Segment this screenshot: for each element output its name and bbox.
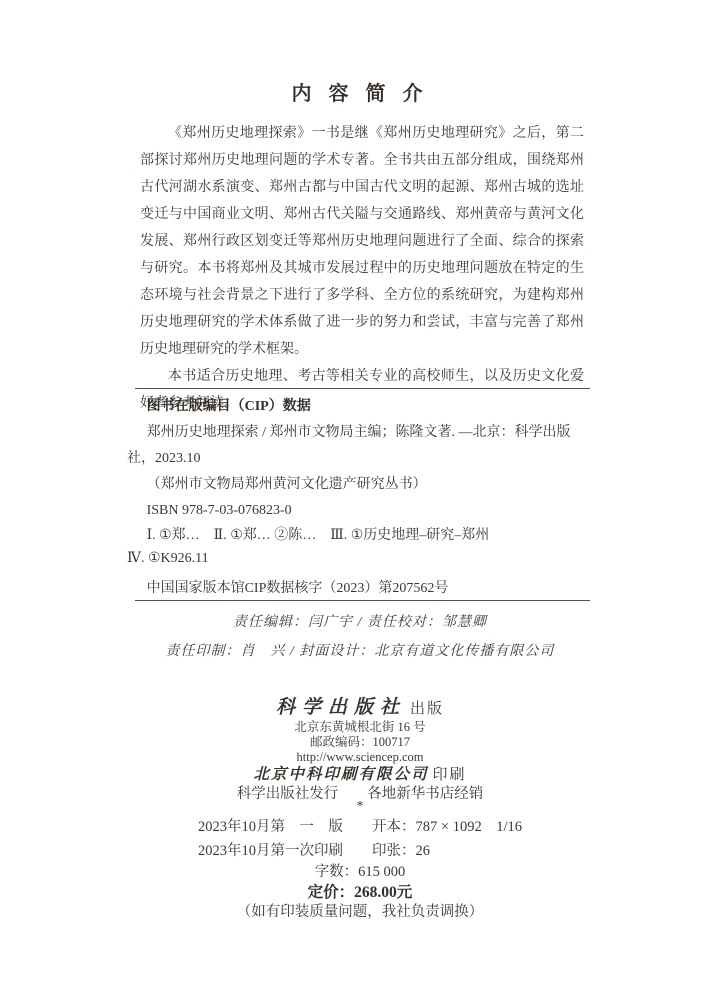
cip-section: 图书在版编目（CIP）数据 郑州历史地理探索 / 郑州市文物局主编；陈隆文著. … bbox=[127, 394, 593, 602]
edition-format-line: 2023年10月第 一 版 开本：787 × 1092 1/16 bbox=[198, 815, 522, 839]
quality-notice: （如有印装质量问题，我社负责调换） bbox=[0, 903, 720, 921]
content-summary-title: 内 容 简 介 bbox=[0, 82, 720, 106]
word-count-line: 字数：615 000 bbox=[0, 863, 720, 882]
cip-series-note: （郑州市文物局郑州黄河文化遗产研究丛书） bbox=[127, 472, 593, 498]
cip-divider-top bbox=[135, 388, 590, 389]
cip-isbn: ISBN 978-7-03-076823-0 bbox=[127, 498, 593, 524]
publisher-line: 科学出版社出版 bbox=[0, 697, 720, 720]
publisher-postcode: 邮政编码：100717 bbox=[0, 735, 720, 750]
colophon-section: 科学出版社出版 北京东黄城根北街 16 号 邮政编码：100717 http:/… bbox=[0, 697, 720, 921]
intro-paragraph-1: 《郑州历史地理探索》一书是继《郑州历史地理研究》之后，第二部探讨郑州历史地理问题… bbox=[140, 120, 584, 363]
cip-registry-number: 中国国家版本馆CIP数据核字（2023）第207562号 bbox=[127, 576, 593, 602]
credits-line-editor-proofreader: 责任编辑：闫广宇 / 责任校对：邹慧卿 bbox=[0, 608, 720, 637]
printer-role-label: 印刷 bbox=[433, 767, 467, 783]
impression-sheets-line: 2023年10月第一次印刷 印张：26 bbox=[198, 839, 522, 863]
book-copyright-page: 内 容 简 介 《郑州历史地理探索》一书是继《郑州历史地理研究》之后，第二部探讨… bbox=[0, 0, 720, 1000]
publisher-address: 北京东黄城根北街 16 号 bbox=[0, 720, 720, 735]
cip-heading: 图书在版编目（CIP）数据 bbox=[127, 394, 593, 420]
cip-divider-bottom bbox=[135, 600, 590, 601]
price-line: 定价：268.00元 bbox=[0, 882, 720, 903]
cip-bibliographic-line-1: 郑州历史地理探索 / 郑州市文物局主编；陈隆文著. —北京：科学出版 bbox=[127, 420, 593, 446]
printer-line: 北京中科印刷有限公司印刷 bbox=[0, 765, 720, 785]
cip-bibliographic-line-2: 社，2023.10 bbox=[127, 446, 593, 472]
cip-classification-line-2: Ⅳ. ①K926.11 bbox=[127, 547, 593, 570]
publisher-website: http://www.sciencep.com bbox=[0, 750, 720, 765]
staff-credits: 责任编辑：闫广宇 / 责任校对：邹慧卿 责任印制：肖 兴 / 封面设计：北京有道… bbox=[0, 608, 720, 666]
asterisk-separator: * bbox=[0, 803, 720, 811]
printer-logo: 北京中科印刷有限公司 bbox=[253, 766, 428, 783]
credits-line-printer-designer: 责任印制：肖 兴 / 封面设计：北京有道文化传播有限公司 bbox=[0, 637, 720, 666]
science-press-logo: 科学出版社 bbox=[276, 697, 406, 718]
edition-block: 2023年10月第 一 版 开本：787 × 1092 1/16 2023年10… bbox=[198, 815, 522, 863]
content-summary-section: 《郑州历史地理探索》一书是继《郑州历史地理研究》之后，第二部探讨郑州历史地理问题… bbox=[140, 120, 584, 417]
cip-classification-line-1: Ⅰ. ①郑… Ⅱ. ①郑… ②陈… Ⅲ. ①历史地理–研究–郑州 bbox=[127, 524, 593, 547]
publisher-role-label: 出版 bbox=[410, 701, 444, 717]
